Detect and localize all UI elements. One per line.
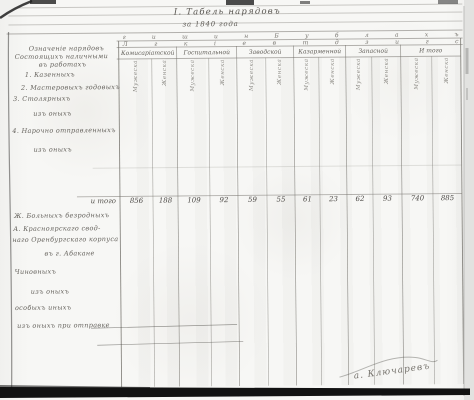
top-edge-mark [226,0,254,5]
top-edge-mark [30,0,56,4]
scan-artifacts [0,0,474,400]
scanned-document-page: І. Табель нарядовъ за 1840 года г и ш и … [0,0,474,400]
bottom-scan-band [0,387,470,398]
top-edge-mark [438,0,458,4]
top-edge-mark [300,1,310,4]
edge-smudge [466,48,469,74]
edge-smudge [466,88,468,100]
